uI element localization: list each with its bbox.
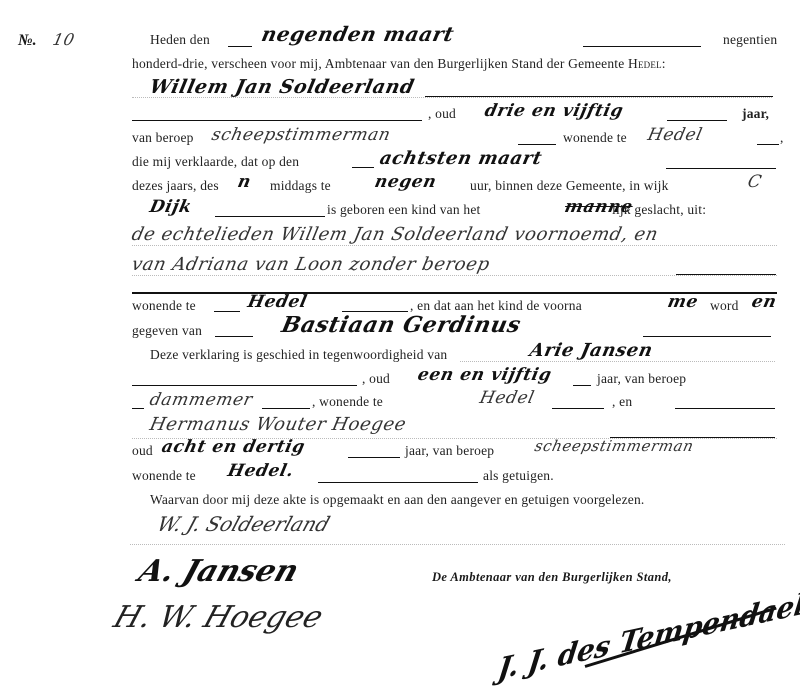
handwritten-name-suffix: me [666, 292, 700, 312]
printed-text: wonende te [132, 468, 196, 484]
record-number-value: 10 [51, 30, 77, 49]
printed-text: van beroep [132, 130, 194, 146]
printed-text: Waarvan door mij deze akte is opgemaakt … [150, 492, 645, 508]
signature-witness2: H. W. Hoegee [109, 600, 327, 635]
printed-text: gegeven van [132, 323, 202, 339]
handwritten-date: negenden maart [259, 22, 456, 46]
handwritten-ward-name: Dijk [148, 197, 194, 217]
printed-text: die mij verklaarde, dat op den [132, 154, 299, 170]
handwritten-verb-suffix: en [750, 292, 779, 312]
printed-text: lijk geslacht, uit: [612, 202, 706, 218]
printed-text: jaar, van beroep [405, 443, 494, 459]
record-number-label: №. [18, 32, 37, 49]
printed-text: wonende te [563, 130, 627, 146]
handwritten-hour: negen [373, 172, 439, 192]
printed-text: oud [132, 443, 153, 459]
handwritten-witness2-occupation: scheepstimmerman [533, 437, 695, 455]
printed-text: uur, binnen deze Gemeente, in wijk [470, 178, 669, 194]
printed-text: Heden den [150, 32, 210, 48]
signature-witness1: A. Jansen [134, 554, 303, 589]
handwritten-witness1-age: een en vijftig [416, 365, 554, 385]
handwritten-witness2-residence: Hedel. [226, 461, 296, 481]
printed-text: als getuigen. [483, 468, 554, 484]
printed-text: honderd-drie, verscheen voor mij, Ambten… [132, 56, 666, 72]
signature-declarant: W. J. Soldeerland [154, 512, 333, 536]
handwritten-daytime: n [236, 172, 253, 192]
official-title: De Ambtenaar van den Burgerlijken Stand, [432, 570, 672, 585]
printed-text: , oud [428, 106, 456, 122]
handwritten-witness2-age: acht en dertig [160, 437, 307, 457]
printed-text: is geboren een kind van het [327, 202, 480, 218]
handwritten-mother: van Adriana van Loon zonder beroep [130, 254, 492, 275]
handwritten-witness1-occupation: dammemer [148, 390, 255, 410]
printed-text: word [710, 298, 739, 314]
handwritten-witness2: Hermanus Wouter Hoegee [148, 414, 409, 435]
handwritten-parents: de echtelieden Willem Jan Soldeerland vo… [130, 224, 660, 245]
handwritten-residence: Hedel [646, 125, 705, 145]
handwritten-occupation: scheepstimmerman [210, 125, 393, 145]
printed-text: jaar, [742, 106, 769, 122]
handwritten-ward: C [746, 172, 764, 192]
printed-text: , oud [362, 371, 390, 387]
handwritten-birth-date: achtsten maart [378, 148, 544, 169]
handwritten-residence: Hedel [246, 292, 309, 312]
handwritten-declarant-name: Willem Jan Soldeerland [148, 76, 417, 98]
printed-text: Deze verklaring is geschied in tegenwoor… [150, 347, 447, 363]
printed-text: , wonende te [312, 394, 383, 410]
handwritten-age: drie en vijftig [483, 101, 625, 121]
printed-text: middags te [270, 178, 331, 194]
record-number: №. 10 [18, 30, 74, 50]
printed-text: wonende te [132, 298, 196, 314]
handwritten-witness1: Arie Jansen [528, 340, 655, 361]
printed-text: negentien [723, 32, 777, 48]
printed-text: , en [612, 394, 632, 410]
handwritten-witness1-residence: Hedel [478, 388, 537, 408]
signature-official: J. J. des Tempendael [496, 587, 800, 687]
handwritten-child-name: Bastiaan Gerdinus [279, 312, 523, 338]
printed-text: jaar, van beroep [597, 371, 686, 387]
municipality-name: Hedel [628, 56, 662, 71]
printed-text: dezes jaars, des [132, 178, 219, 194]
